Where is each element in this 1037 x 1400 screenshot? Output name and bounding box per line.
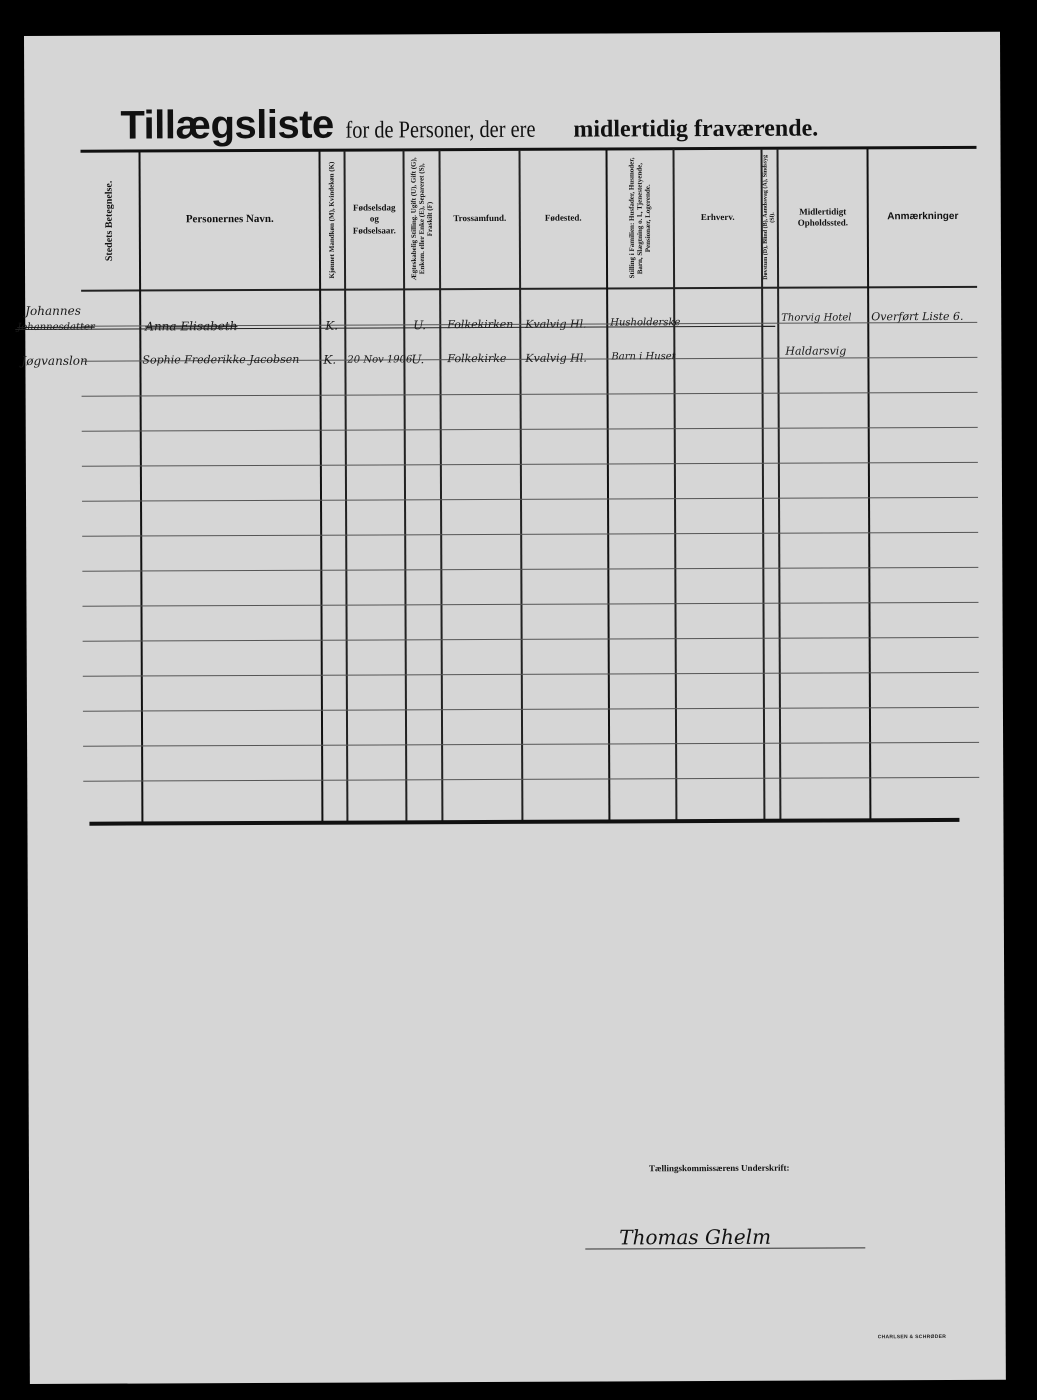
cell-opphold: Haldarsvig (785, 344, 846, 357)
row-divider (82, 567, 978, 572)
cell-ekteskap: U. (413, 318, 426, 332)
title-main: Tillægsliste (120, 103, 334, 148)
form-title: Tillægsliste for de Personer, der ere mi… (120, 101, 818, 149)
header-kjon: Kjønnet Mandkøn (M), Kvindekøn (K) (321, 153, 345, 287)
row-divider (83, 777, 979, 782)
cell-opphold: Thorvig Hotel (781, 312, 851, 323)
header-fodsel: Fødselsdag og Fødselsaar. (346, 152, 404, 286)
header-sted: Stedets Betegnelse. (81, 154, 140, 288)
title-mid: for de Personer, der ere (346, 117, 536, 145)
cell-tro: Folkekirken (447, 318, 513, 331)
header-fodested: Fødested. (521, 151, 607, 285)
cell-fodested: Kvalvig Hl. (525, 352, 586, 365)
cell-sted: Johannesdatter (17, 322, 95, 333)
row-divider (83, 742, 979, 747)
cell-sted: Johannes (25, 304, 81, 318)
signature-label: Tællingskommissærens Underskrift: (649, 1163, 790, 1174)
cell-sted: Jøgvanslon (21, 354, 87, 368)
row-divider (82, 602, 978, 607)
cell-anm: Overført Liste 6. (871, 310, 963, 323)
cell-kjon: K. (325, 319, 338, 333)
header-navn: Personernes Navn. (141, 153, 320, 288)
header-stilling: Stilling i Familien: Husfader, Husmoder,… (608, 151, 674, 285)
title-bold: midlertidig fraværende. (573, 116, 818, 143)
cell-navn: Anna Elisabeth (145, 319, 237, 333)
header-opphold: Midlertidigt Opholdssted. (779, 150, 868, 284)
header-anm: Anmærkninger (869, 150, 978, 284)
cell-ekteskap: U. (411, 352, 424, 366)
printer-mark: CHARLSEN & SCHRØDER (878, 1334, 947, 1340)
header-tro: Trossamfund. (441, 152, 520, 286)
table-bottom-rule (89, 818, 959, 826)
signature: Thomas Ghelm (619, 1225, 771, 1250)
table-row: Jøgvanslon Sophie Frederikke Jacobsen K.… (24, 32, 1000, 36)
cell-stilling: Barn i Huset (611, 351, 675, 362)
row-divider (82, 532, 978, 537)
row-divider (83, 637, 979, 642)
header-ekteskap: Ægteskabelig Stilling. Ugift (U), Gift (… (405, 152, 440, 286)
header-erhverv: Erhverv. (675, 151, 762, 285)
cell-kjon: K. (323, 353, 336, 367)
row-divider (82, 462, 978, 467)
table-row: Johannes Johannesdatter Anna Elisabeth K… (24, 32, 1000, 36)
cell-fodested: Kvalvig Hl. (525, 318, 586, 331)
signature-line (585, 1247, 865, 1249)
row-divider (83, 672, 979, 677)
row-divider (82, 427, 978, 432)
cell-tro: Folkekirke (447, 352, 506, 365)
header-sykdom: Døvstum (D), Blind (B), Aandssvag (A), S… (763, 151, 778, 285)
row-divider (82, 497, 978, 502)
census-form-page: Tillægsliste for de Personer, der ere mi… (24, 32, 1006, 1384)
row-divider (82, 392, 978, 397)
cell-navn: Sophie Frederikke Jacobsen (142, 353, 299, 367)
cell-fodsel: 20 Nov 1906 (347, 354, 412, 365)
row-divider (83, 707, 979, 712)
